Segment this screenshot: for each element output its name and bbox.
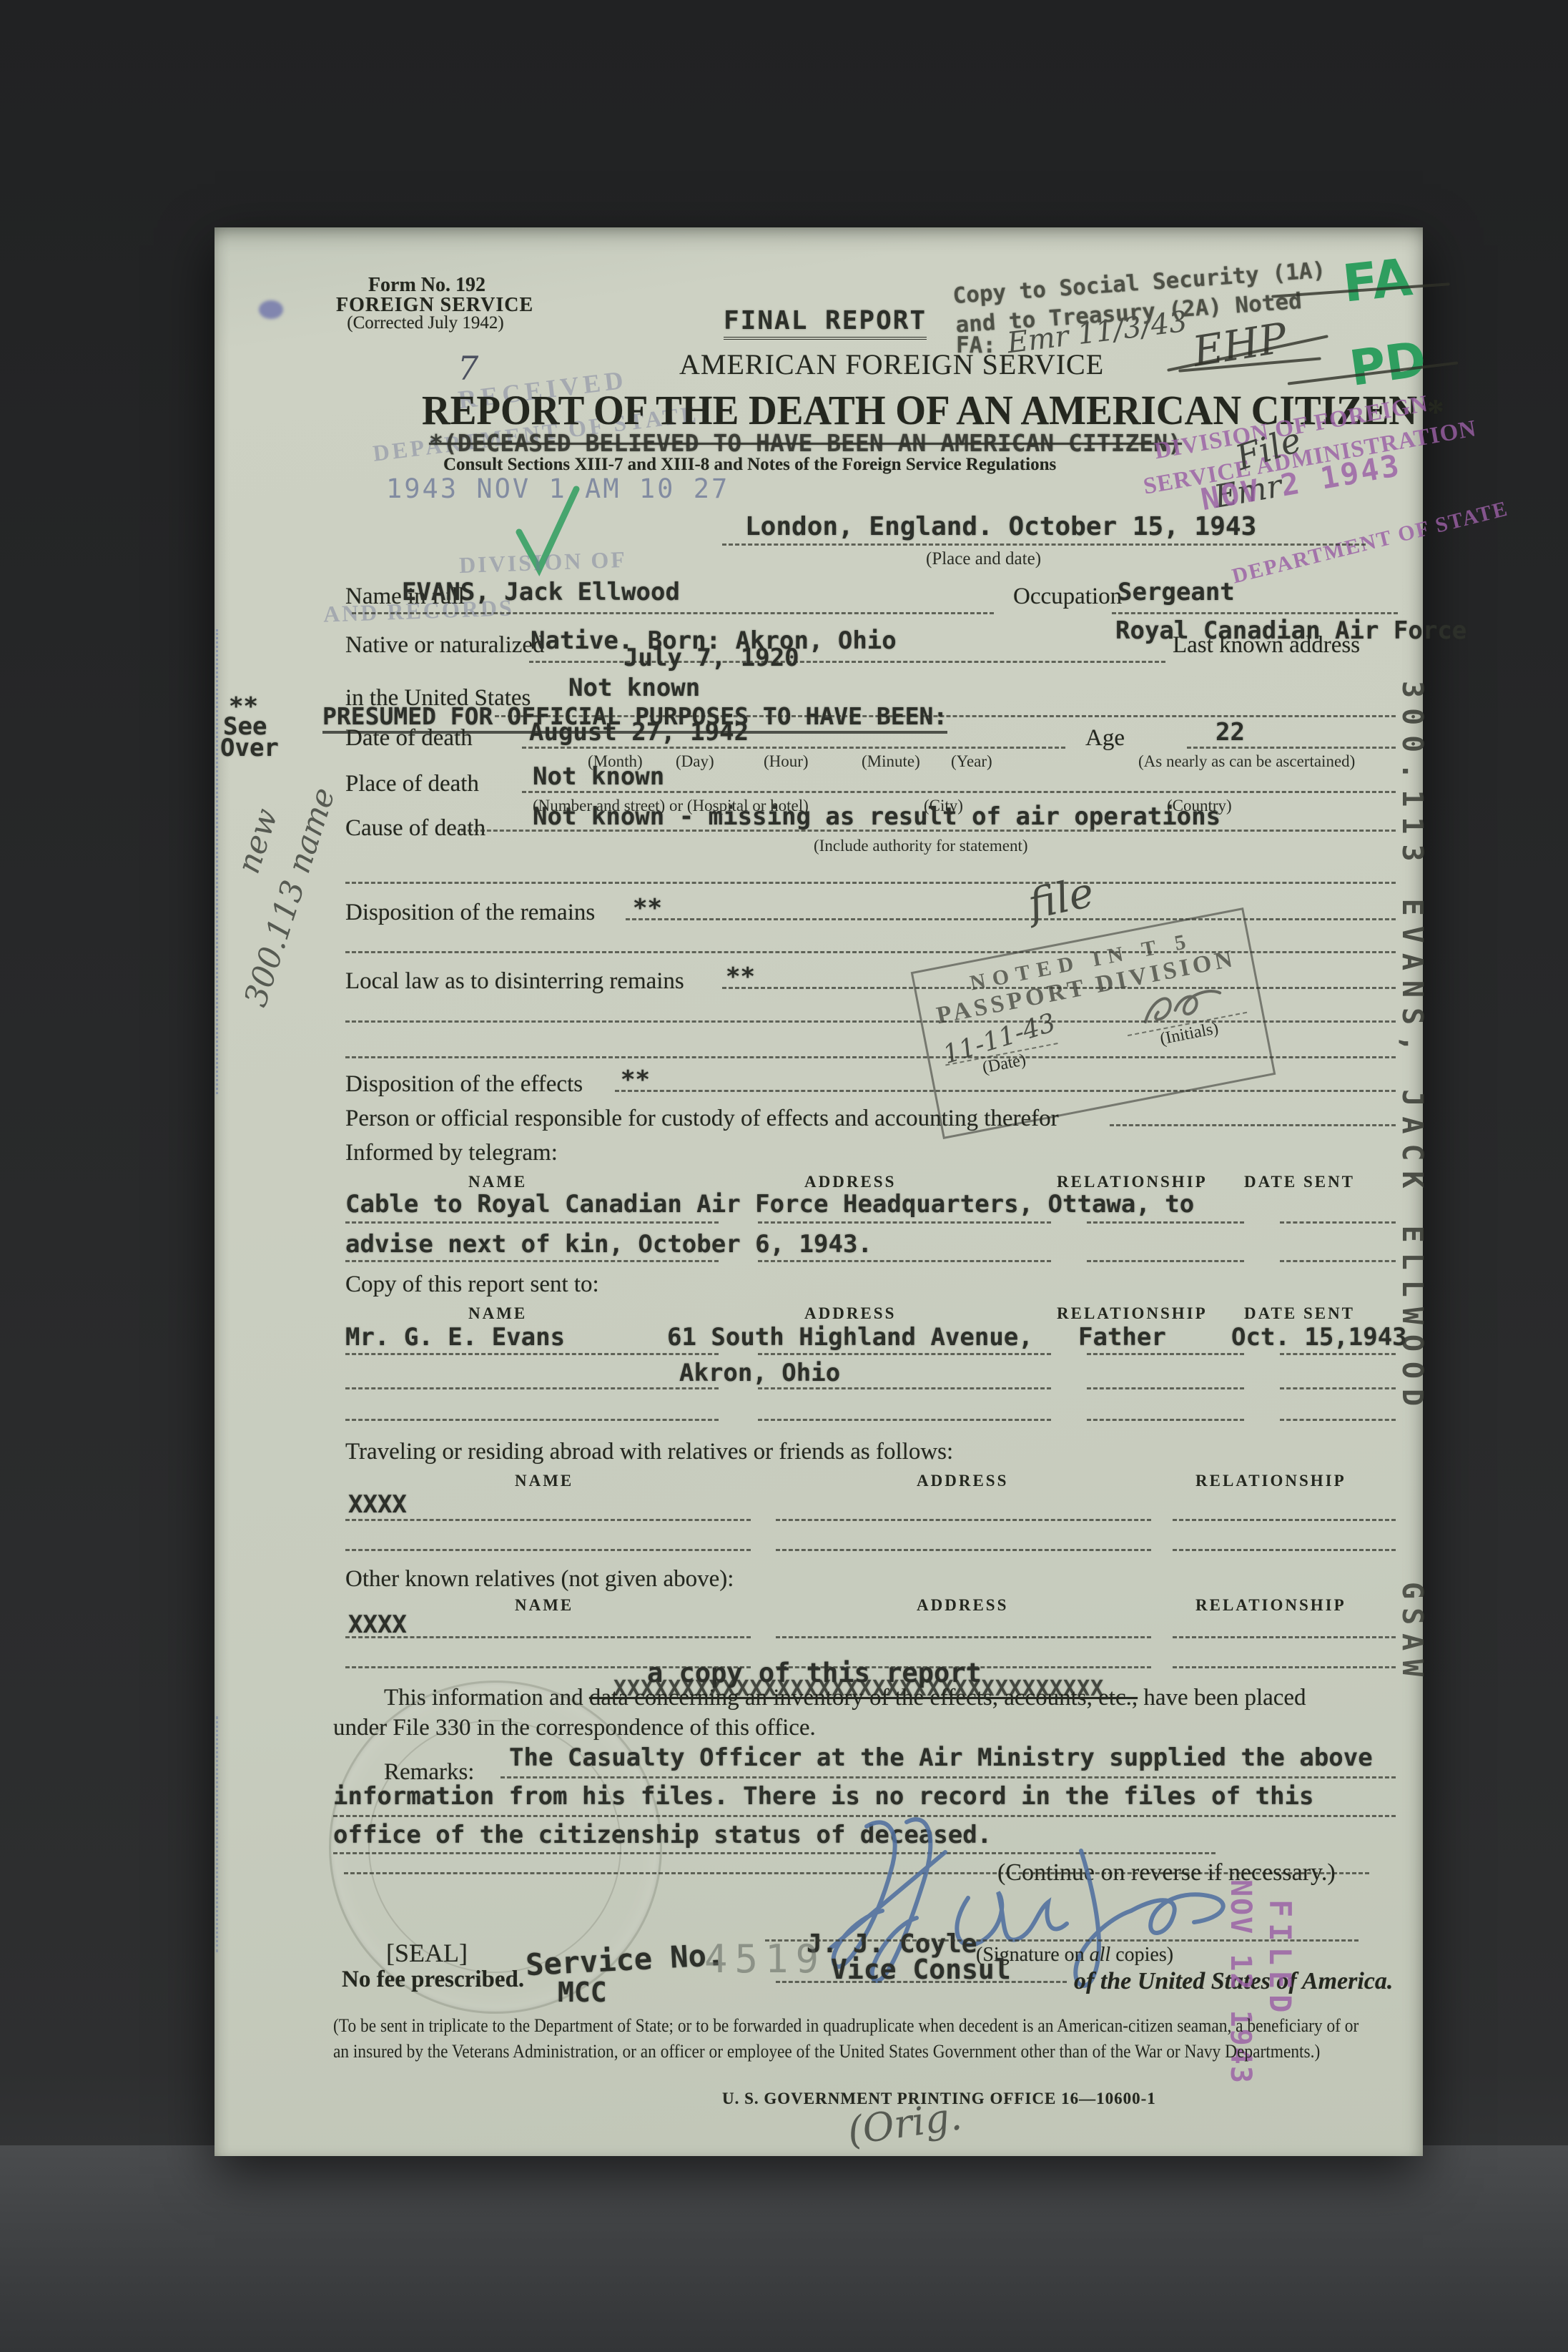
dotted-line <box>1280 1419 1396 1421</box>
dotted-line <box>1173 1519 1396 1521</box>
final-report-heading: FINAL REPORT <box>724 306 927 340</box>
occupation-label: Occupation <box>1013 584 1122 610</box>
dotted-line <box>1173 1666 1396 1668</box>
relatives-header-relationship: RELATIONSHIP <box>1195 1596 1346 1615</box>
telegram-label: Informed by telegram: <box>345 1140 558 1166</box>
date-sub-day: (Day) <box>676 752 714 771</box>
dotted-line <box>345 1519 751 1521</box>
relatives-value: XXXX <box>348 1610 407 1639</box>
place-date-label: (Place and date) <box>926 549 1041 569</box>
dotted-line <box>1280 1221 1396 1224</box>
file-info-line2: under File 330 in the correspondence of … <box>333 1715 816 1741</box>
place-date-value: London, England. October 15, 1943 <box>745 512 1256 541</box>
age-value: 22 <box>1216 718 1245 747</box>
blue-dotted-margin-line <box>216 1716 218 1952</box>
dotted-line <box>345 1221 719 1224</box>
dotted-line <box>776 1549 1151 1551</box>
telegram-row-line1: Cable to Royal Canadian Air Force Headqu… <box>345 1190 1194 1219</box>
in-us-value: Not known <box>568 674 700 702</box>
dotted-line <box>758 1387 1051 1389</box>
cause-of-death-label: Cause of death <box>345 815 485 842</box>
dotted-line <box>626 918 1396 920</box>
dotted-line <box>758 1419 1051 1421</box>
traveling-header-name: NAME <box>515 1472 573 1490</box>
dotted-line <box>758 1221 1051 1224</box>
cause-sub-label: (Include authority for statement) <box>814 837 1028 855</box>
date-sub-year: (Year) <box>951 752 992 771</box>
no-fee-label: No fee prescribed. <box>342 1967 524 1993</box>
name-value: EVANS, Jack Ellwood <box>402 578 680 606</box>
copy-report-intro: Copy of this report sent to: <box>345 1271 599 1298</box>
native-value-line2: July 7, 1920 <box>623 644 799 672</box>
green-marker-fa: FA <box>1340 247 1415 314</box>
copy-row-date-sent: Oct. 15,1943 <box>1231 1323 1407 1352</box>
disinterring-label: Local law as to disinterring remains <box>345 968 684 995</box>
copy-row-address2: Akron, Ohio <box>679 1359 840 1387</box>
margin-over: Over <box>220 734 279 762</box>
traveling-value: XXXX <box>348 1490 407 1519</box>
fine-print-line2: an insured by the Veterans Administratio… <box>333 2041 1320 2062</box>
dotted-line <box>758 1260 1051 1262</box>
copy-row-relationship: Father <box>1078 1323 1166 1352</box>
copy-row-name: Mr. G. E. Evans <box>345 1323 565 1352</box>
pencil-seven: 7 <box>458 349 478 388</box>
struck-phrase: data concerning an inventory of the effe… <box>589 1685 1138 1711</box>
mcc-initials: MCC <box>558 1977 607 2008</box>
deceased-believed-line: *(DECEASED BELIEVED TO HAVE BEEN AN AMER… <box>429 429 1182 457</box>
signature-caption-all: all <box>1090 1944 1111 1966</box>
telegram-header-date-sent: DATE SENT <box>1244 1173 1355 1191</box>
dotted-line <box>352 612 994 614</box>
table-surface <box>0 2145 1568 2352</box>
last-known-address-label: Last known address <box>1173 632 1360 659</box>
dotted-line <box>776 1519 1151 1521</box>
telegram-header-relationship: RELATIONSHIP <box>1057 1173 1208 1191</box>
seal-bracket-label: [SEAL] <box>386 1938 468 1968</box>
dotted-line <box>1280 1353 1396 1355</box>
copy-header-date-sent: DATE SENT <box>1244 1304 1355 1323</box>
dotted-line <box>1087 1353 1244 1355</box>
dotted-line <box>345 1020 1396 1023</box>
dotted-line <box>345 1387 719 1389</box>
margin-gsaw-stamp: GSAW <box>1396 1582 1429 1685</box>
traveling-intro: Traveling or residing abroad with relati… <box>345 1439 953 1465</box>
dotted-line <box>1173 1636 1396 1638</box>
dotted-line <box>345 1419 719 1421</box>
dotted-line <box>461 830 1396 832</box>
remarks-line1: The Casualty Officer at the Air Ministry… <box>509 1743 1373 1772</box>
copy-row-address: 61 South Highland Avenue, <box>667 1323 1033 1352</box>
dotted-line <box>1187 747 1396 749</box>
dotted-line <box>776 1636 1151 1638</box>
scanned-document-photo: Form No. 192 FOREIGN SERVICE (Corrected … <box>0 0 1568 2352</box>
ink-blot <box>259 300 283 319</box>
age-label: Age <box>1085 725 1125 752</box>
dotted-line <box>722 543 1366 546</box>
telegram-row-line2: advise next of kin, October 6, 1943. <box>345 1230 872 1259</box>
place-of-death-value: Not known <box>533 762 664 791</box>
service-no-value: 4519 <box>704 1937 826 1982</box>
consult-sections-note: Consult Sections XIII-7 and XIII-8 and N… <box>443 455 1056 475</box>
blue-dotted-margin-line <box>216 629 218 1094</box>
date-sub-minute: (Minute) <box>862 752 920 771</box>
dotted-line <box>345 1056 1396 1058</box>
dotted-line <box>1087 1221 1244 1224</box>
dotted-line <box>1087 1419 1244 1421</box>
occupation-value: Sergeant <box>1118 578 1235 606</box>
telegram-header-address: ADDRESS <box>804 1173 896 1191</box>
remarks-line2: information from his files. There is no … <box>333 1782 1313 1811</box>
native-label: Native or naturalized <box>345 632 545 659</box>
date-of-death-value: August 27, 1942 <box>529 718 749 747</box>
date-of-death-label: Date of death <box>345 725 473 752</box>
relatives-header-name: NAME <box>515 1596 573 1615</box>
form-corrected: (Corrected July 1942) <box>336 313 515 333</box>
dotted-line <box>345 1353 719 1355</box>
dotted-line <box>345 1260 719 1262</box>
dotted-line <box>345 882 1396 884</box>
dotted-line <box>1173 1549 1396 1551</box>
dotted-line <box>1110 1124 1396 1126</box>
dotted-line <box>345 1636 751 1638</box>
age-sub-label: (As nearly as can be ascertained) <box>1138 752 1355 771</box>
custody-label: Person or official responsible for custo… <box>345 1106 1059 1132</box>
dotted-line <box>1280 1387 1396 1389</box>
dotted-line <box>615 1090 1396 1092</box>
dotted-line <box>758 1353 1051 1355</box>
filed-stamp-word: FILED <box>1263 1899 1298 2018</box>
dotted-line <box>522 791 1396 793</box>
margin-file-number-stamp: 300.113 EVANS, JACK ELLWOOD <box>1396 681 1429 1416</box>
dotted-line <box>501 1776 1396 1778</box>
cause-of-death-value: Not known - missing as result of air ope… <box>533 802 1221 831</box>
dotted-line <box>345 1549 751 1551</box>
traveling-header-relationship: RELATIONSHIP <box>1195 1472 1346 1490</box>
afs-heading: AMERICAN FOREIGN SERVICE <box>679 348 1104 381</box>
remains-label: Disposition of the remains <box>345 900 595 926</box>
traveling-header-address: ADDRESS <box>917 1472 1008 1490</box>
dotted-line <box>722 987 1396 989</box>
place-of-death-label: Place of death <box>345 771 479 797</box>
effects-label: Disposition of the effects <box>345 1071 583 1098</box>
copy-header-relationship: RELATIONSHIP <box>1057 1304 1208 1323</box>
relatives-header-address: ADDRESS <box>917 1596 1008 1615</box>
dotted-line <box>1087 1260 1244 1262</box>
telegram-header-name: NAME <box>468 1173 527 1191</box>
fine-print-line1: (To be sent in triplicate to the Departm… <box>333 2015 1359 2037</box>
relatives-intro: Other known relatives (not given above): <box>345 1566 734 1593</box>
dotted-line <box>1112 612 1398 614</box>
dotted-line <box>1280 1260 1396 1262</box>
date-sub-hour: (Hour) <box>764 752 809 771</box>
file-info-line1: This information and data concerning an … <box>384 1685 1306 1711</box>
copy-header-name: NAME <box>468 1304 527 1323</box>
dotted-line <box>1087 1387 1244 1389</box>
copy-header-address: ADDRESS <box>804 1304 896 1323</box>
dotted-line <box>522 747 1065 749</box>
